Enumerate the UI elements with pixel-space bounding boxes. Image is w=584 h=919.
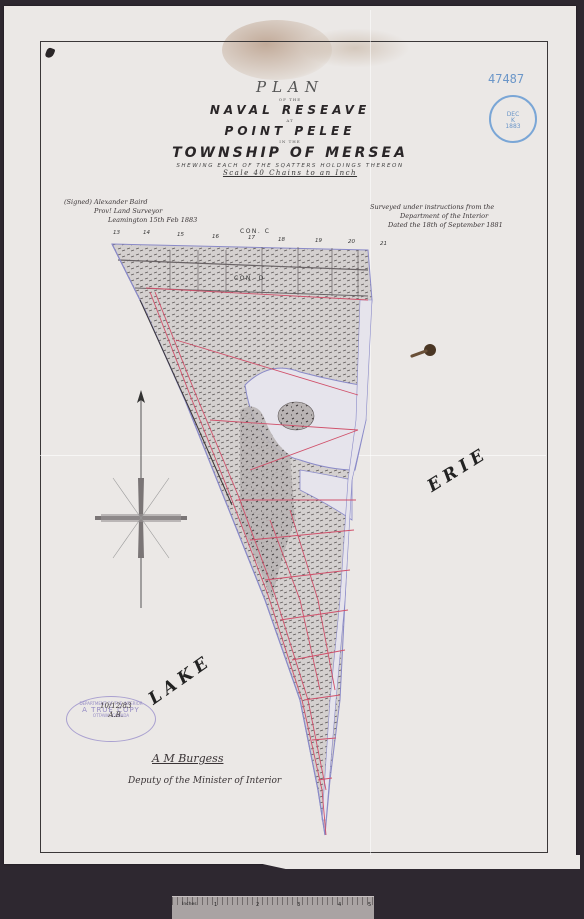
ruler-unit-label: Inches	[182, 902, 197, 907]
indian-affairs-stamp: DEC K 1883	[489, 95, 537, 143]
map-scale: Scale 40 Chains to an Inch	[100, 169, 480, 177]
title-township: TOWNSHIP OF MERSEA	[100, 145, 480, 161]
deputy-title: Deputy of the Minister of Interior	[128, 776, 281, 786]
title-in-the: IN THE	[100, 139, 480, 144]
deputy-signature: A M Burgess	[152, 752, 223, 765]
scale-ruler: Inches 1 2 3 4 5	[172, 896, 374, 919]
survey-instructions-note: Surveyed under instructions from the Dep…	[370, 203, 503, 230]
title-point-pelee: POINT PELEE	[100, 124, 480, 138]
catalog-number: 47487	[488, 72, 524, 86]
title-naval-reserve: NAVAL RESEAVE	[100, 103, 480, 117]
concession-c-label: CON. C	[240, 228, 270, 235]
concession-d-label: CON. D	[234, 275, 265, 282]
stamp-handwritten-date: 10/12/83 A.B.	[100, 702, 131, 720]
peninsula-land	[112, 244, 372, 835]
title-at: AT	[100, 118, 480, 123]
surveyor-signature-block: (Signed) Alexander Baird Prov! Land Surv…	[64, 198, 197, 225]
title-plan: PLAN	[100, 78, 480, 96]
ruler-ticks	[172, 897, 374, 905]
map-title-block: PLAN OF THE NAVAL RESEAVE AT POINT PELEE…	[100, 78, 480, 177]
title-of-the: OF THE	[100, 97, 480, 102]
compass-rose	[95, 390, 187, 608]
